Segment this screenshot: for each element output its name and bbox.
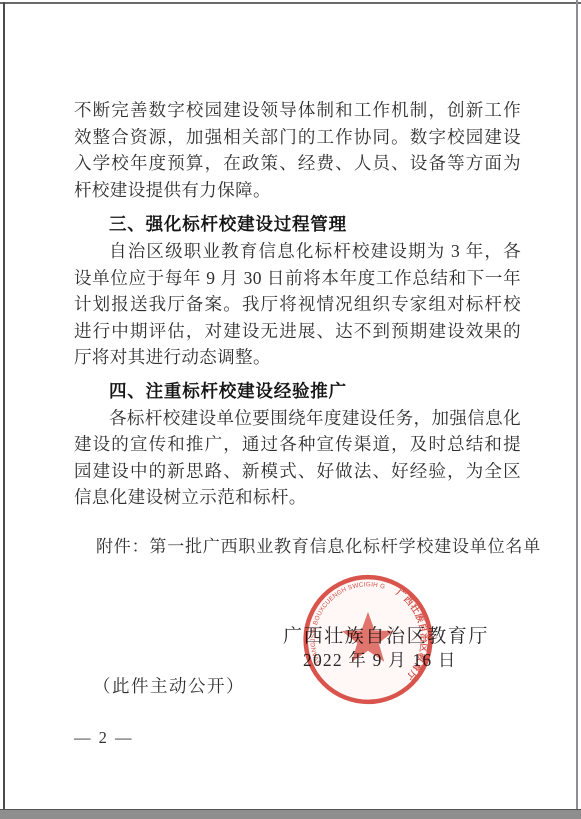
page-number: — 2 — — [74, 728, 134, 748]
paragraph-process-management: 自治区级职业教育信息化标杆校建设期为 3 年，各标杆校建 设单位应于每年 9 月… — [74, 238, 521, 371]
paragraph-experience-promotion: 各标杆校建设单位要围绕年度建设任务，加强信息化标杆校 建设的宣传和推广，通过各种… — [74, 405, 521, 511]
official-seal: GVANGJSIH BOUXCUENGH SWCIGIH GYAUYUZDING… — [301, 570, 435, 709]
body-text-line: 入学校年度预算，在政策、经费、人员、设备等方面为信息化标 — [74, 150, 521, 177]
body-text-line: 园建设中的新思路、新模式、好做法、好经验，为全区职业教育 — [74, 458, 521, 485]
body-text-line: 信息化建设树立示范和标杆。 — [74, 484, 521, 511]
paragraph-funding: 不断完善数字校园建设领导体制和工作机制，创新工作举措，有 效整合资源，加强相关部… — [74, 97, 521, 203]
page-bottom-scan-band — [0, 809, 581, 819]
body-text-line: 建设的宣传和推广，通过各种宣传渠道，及时总结和提炼数字校 — [74, 431, 521, 458]
document-body: 不断完善数字校园建设领导体制和工作机制，创新工作举措，有 效整合资源，加强相关部… — [74, 97, 521, 511]
body-text-line: 效整合资源，加强相关部门的工作协同。数字校园建设经费要纳 — [74, 124, 521, 151]
body-text-line: 进行中期评估，对建设无进展、达不到预期建设效果的学校，我 — [74, 318, 521, 345]
page-right-edge — [576, 0, 578, 819]
body-text-line: 各标杆校建设单位要围绕年度建设任务，加强信息化标杆校 — [74, 405, 521, 432]
section-heading-3: 三、强化标杆校建设过程管理 — [74, 211, 521, 238]
section-heading-4: 四、注重标杆校建设经验推广 — [74, 378, 521, 405]
page-top-edge — [0, 2, 581, 4]
public-disclosure-note: （此件主动公开） — [93, 673, 245, 698]
body-text-line: 设单位应于每年 9 月 30 日前将本年度工作总结和下一年度工作 — [74, 265, 521, 292]
body-text-line: 自治区级职业教育信息化标杆校建设期为 3 年，各标杆校建 — [74, 238, 521, 265]
attachment-note: 附件：第一批广西职业教育信息化标杆学校建设单位名单 — [96, 532, 541, 557]
body-text-line: 计划报送我厅备案。我厅将视情况组织专家组对标杆校建设单位 — [74, 291, 521, 318]
body-text-line: 杆校建设提供有力保障。 — [74, 177, 521, 204]
body-text-line: 厅将对其进行动态调整。 — [74, 344, 521, 371]
page-left-edge — [3, 2, 5, 819]
body-text-line: 不断完善数字校园建设领导体制和工作机制，创新工作举措，有 — [74, 97, 521, 124]
